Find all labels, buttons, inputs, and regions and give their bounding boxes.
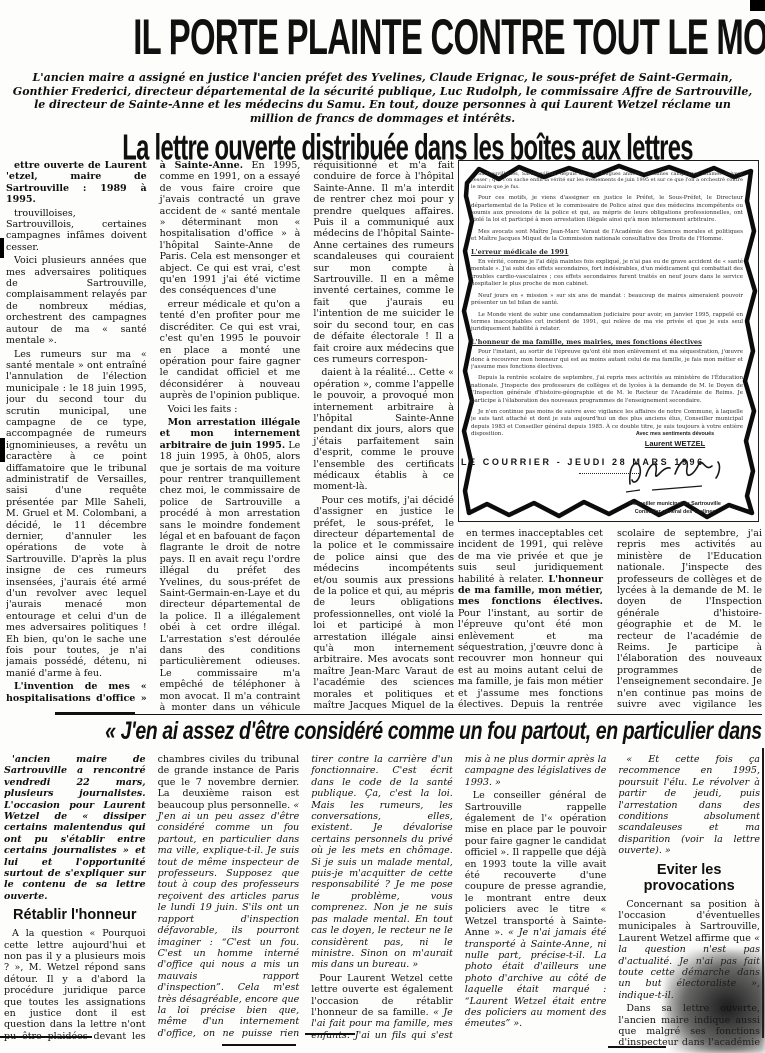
letter-paragraph: Pour ces motifs, je viens d'assigner en … (471, 195, 743, 225)
paragraph-text: En 1995, comme en 1991, on a essayé de v… (160, 160, 301, 296)
quote-headline-row: « J'en ai assez d'être considéré comme u… (0, 718, 765, 746)
paragraph: en termes inacceptables cet incident de … (458, 528, 762, 714)
under-letter-columns: en termes inacceptables cet incident de … (458, 528, 762, 714)
paragraph: Voici les faits : (160, 404, 301, 415)
quoted-speech: « Et cette fois ça recommence en 1995, p… (618, 754, 760, 857)
main-article: ettre ouverte de Laurent 'etzel, maire d… (0, 160, 765, 714)
open-letter-scan: Sartrouvilloises, Sartrouvillois, depuis… (458, 160, 759, 522)
paragraph: daient à la réalité... Cette « opération… (313, 367, 454, 492)
scan-artifact-smudge (665, 950, 765, 1053)
paragraph: Voici plusieurs années que mes adversair… (6, 255, 147, 346)
paragraph-text: Le conseiller général de Sartrouville ra… (465, 790, 607, 938)
letter-paragraph: Depuis la rentrée scolaire de septembre,… (471, 375, 743, 405)
paragraph: Le conseiller général de Sartrouville ra… (465, 790, 607, 1030)
paragraph: erreur médicale et qu'on a tenté d'en pr… (160, 299, 301, 402)
paragraph: Les rumeurs sur ma « santé mentale » ont… (6, 349, 147, 680)
paragraph-text: Concernant sa position à l'occasion d'év… (618, 899, 760, 944)
scan-artifact-line (0, 1036, 92, 1038)
letter-heading: L'erreur médicale de 1991 (471, 249, 743, 256)
scan-artifact-line (305, 1033, 355, 1035)
signatory-name: Laurent WETZEL (600, 439, 750, 448)
crosshead-retablir: Rétablir l'honneur (4, 908, 146, 924)
newspaper-page: IL PORTE PLAINTE CONTRE TOUT LE MONDE ! … (0, 0, 765, 1053)
scan-artifact-line (608, 1046, 666, 1048)
headline-row: IL PORTE PLAINTE CONTRE TOUT LE MONDE ! (0, 14, 765, 59)
letter-paragraph: En vérité, comme je l'ai déjà maintes fo… (471, 259, 743, 289)
crosshead-eviter: Eviter les provocations (618, 863, 760, 895)
paragraph-text: Pour Laurent Wetzel cette lettre ouverte… (311, 973, 453, 1018)
signature-block: Avec mes sentiments dévoués Laurent WETZ… (600, 431, 750, 515)
interview-columns: 'ancien maire de Sartrouville a rencontr… (4, 754, 760, 1050)
letter-region: Sartrouvilloises, Sartrouvillois, depuis… (458, 160, 762, 714)
article-columns: ettre ouverte de Laurent 'etzel, maire d… (6, 160, 454, 714)
quoted-speech: « Je n'ai jamais été transporté à Sainte… (465, 927, 607, 1029)
letter-heading: L'honneur de ma famille, mes mairies, me… (471, 339, 743, 346)
letter-closing: Avec mes sentiments dévoués (600, 431, 750, 437)
signatory-title: Conseiller général des Yvelines (600, 509, 750, 515)
letter-paragraph: Sartrouvilloises, Sartrouvillois, depuis… (471, 171, 743, 190)
paragraph: trouvilloises, Sartrouvillois, certaines… (6, 208, 147, 254)
letter-text: Sartrouvilloises, Sartrouvillois, depuis… (471, 171, 743, 443)
main-headline: IL PORTE PLAINTE CONTRE TOUT LE MONDE ! (133, 11, 765, 61)
scan-artifact-line (222, 1044, 296, 1046)
article-intro: ettre ouverte de Laurent 'etzel, maire d… (6, 160, 147, 206)
letter-paragraph: Pour l'instant, au sortir de l'épreuve q… (471, 349, 743, 371)
section-divider-stub (55, 712, 135, 715)
quote-headline: « J'en ai assez d'être considéré comme u… (105, 718, 765, 746)
letter-paragraph: Neuf jours en « mission » sur six ans de… (471, 293, 743, 308)
deck-paragraph: L'ancien maire a assigné en justice l'an… (12, 71, 753, 125)
section-divider (55, 714, 762, 715)
interview-intro: 'ancien maire de Sartrouville a rencontr… (4, 754, 146, 902)
bold-lead: Mon arrestation illégale et mon internem… (160, 417, 301, 451)
handwritten-signature-icon (620, 448, 730, 494)
letter-paragraph: Le Monde vient de subir une condamnation… (471, 312, 743, 334)
signatory-title: Conseiller municipal de Sartrouville (600, 501, 750, 507)
letter-paragraph: Mes avocats sont Maître Jean-Marc Varaut… (471, 229, 743, 244)
